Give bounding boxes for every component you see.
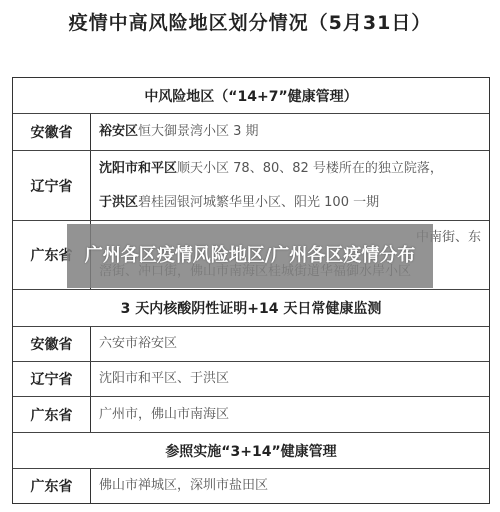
district-label: 于洪区: [99, 195, 138, 210]
district-label: 沈阳市和平区: [99, 161, 177, 176]
section-heading: 参照实施“3+14”健康管理: [13, 433, 489, 468]
table-row: 安徽省 六安市裕安区: [13, 326, 489, 361]
province-cell: 广东省: [13, 397, 91, 432]
section-heading: 中风险地区（“14+7”健康管理）: [13, 78, 489, 113]
area-cell: 裕安区恒大御景湾小区 3 期: [91, 114, 489, 150]
section-heading-row: 中风险地区（“14+7”健康管理）: [13, 78, 489, 113]
area-cell: 沈阳市和平区顺天小区 78、80、82 号楼所在的独立院落， 于洪区碧桂园银河城…: [91, 151, 489, 220]
province-cell: 辽宁省: [13, 151, 91, 220]
area-cell: 广州市，佛山市南海区: [91, 397, 489, 432]
area-cell: 佛山市禅城区，深圳市盐田区: [91, 469, 489, 503]
risk-area-table: 中风险地区（“14+7”健康管理） 安徽省 裕安区恒大御景湾小区 3 期 辽宁省…: [12, 77, 490, 504]
province-cell: 安徽省: [13, 114, 91, 150]
area-cell: 六安市裕安区: [91, 327, 489, 361]
area-text: 顺天小区 78、80、82 号楼所在的独立院落，: [177, 161, 443, 176]
section-heading-row: 3 天内核酸阴性证明+14 天日常健康监测: [13, 289, 489, 326]
province-cell: 安徽省: [13, 327, 91, 361]
table-row: 辽宁省 沈阳市和平区顺天小区 78、80、82 号楼所在的独立院落， 于洪区碧桂…: [13, 150, 489, 220]
area-text: 佛山市禅城区，深圳市盐田区: [99, 478, 268, 493]
province-cell: 广东省: [13, 469, 91, 503]
district-label: 裕安区: [99, 124, 138, 139]
table-row: 广东省 佛山市禅城区，深圳市盐田区: [13, 468, 489, 503]
province-cell: 辽宁省: [13, 362, 91, 396]
area-text: 广州市，佛山市南海区: [99, 407, 229, 422]
document-title: 疫情中高风险地区划分情况（5月31日）: [0, 8, 500, 35]
table-row: 安徽省 裕安区恒大御景湾小区 3 期: [13, 113, 489, 150]
table-row: 广东省 广州市，佛山市南海区: [13, 396, 489, 432]
table-row: 辽宁省 沈阳市和平区、于洪区: [13, 361, 489, 396]
area-text: 六安市裕安区: [99, 336, 177, 351]
area-cell: 沈阳市和平区、于洪区: [91, 362, 489, 396]
area-text: 沈阳市和平区、于洪区: [99, 371, 229, 386]
section-heading-row: 参照实施“3+14”健康管理: [13, 432, 489, 468]
caption-overlay: 广州各区疫情风险地区/广州各区疫情分布: [67, 224, 433, 288]
area-text: 恒大御景湾小区 3 期: [138, 124, 259, 139]
area-text: 碧桂园银河城繁华里小区、阳光 100 一期: [138, 195, 379, 210]
section-heading: 3 天内核酸阴性证明+14 天日常健康监测: [13, 290, 489, 326]
